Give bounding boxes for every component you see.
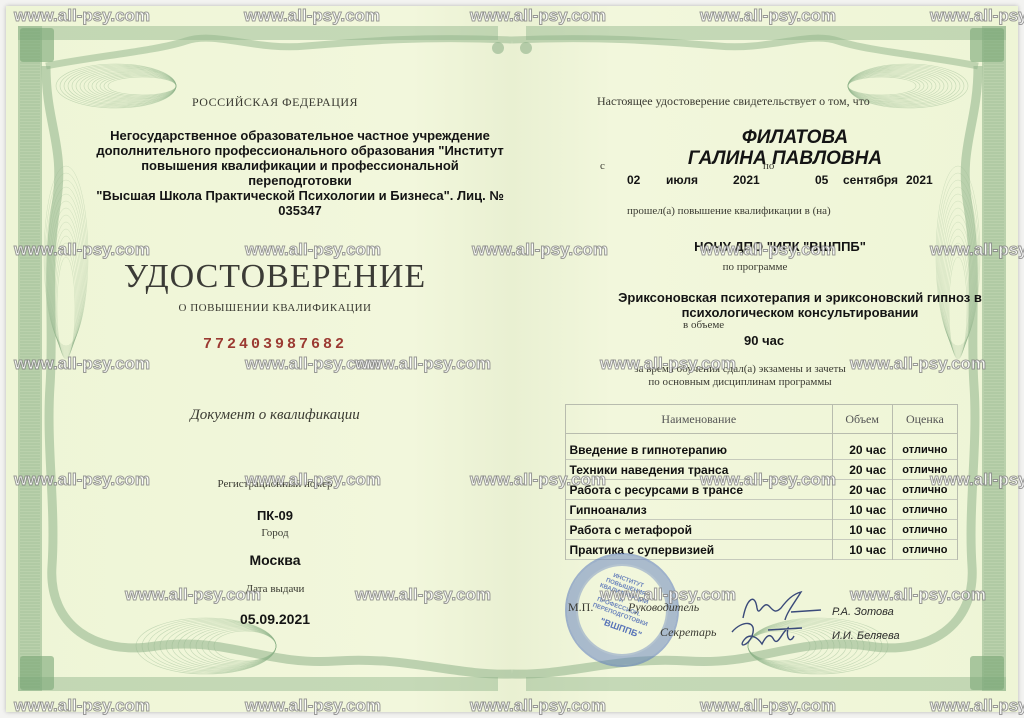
exams-text: за время обучения сдал(а) экзамены и зач… <box>600 363 880 389</box>
exams-line: за время обучения сдал(а) экзамены и зач… <box>600 363 880 376</box>
subject-name: Введение в гипнотерапию <box>566 440 833 460</box>
city-label: Город <box>220 527 330 539</box>
secretary-signature <box>728 618 818 652</box>
recipient-given-names: ГАЛИНА ПАВЛОВНА <box>640 148 930 170</box>
recipient-surname: ФИЛАТОВА <box>660 127 930 149</box>
secretary-label: Секретарь <box>660 625 716 640</box>
program-line: психологическом консультировании <box>580 305 1020 320</box>
program-title: Эриксоновская психотерапия и эриксоновск… <box>580 290 1020 320</box>
secretary-name: И.И. Беляева <box>832 630 900 642</box>
from-label: с <box>600 160 605 172</box>
head-label: Руководитель <box>628 600 699 615</box>
table-row: Работа с ресурсами в трансе20 часотлично <box>566 480 958 500</box>
table-column-divider <box>565 404 566 560</box>
header-grade: Оценка <box>892 405 957 434</box>
issue-date-label: Дата выдачи <box>210 583 340 595</box>
subject-hours: 10 час <box>832 540 892 560</box>
exams-line: по основным дисциплинам программы <box>600 376 880 389</box>
table-column-divider <box>892 404 893 560</box>
volume-label: в объеме <box>683 319 724 331</box>
subjects-table: Наименование Объем Оценка Введение в гип… <box>565 404 958 560</box>
head-name: Р.А. Зотова <box>832 606 894 618</box>
subject-grade: отлично <box>892 480 957 500</box>
table-column-divider <box>957 404 958 560</box>
subject-grade: отлично <box>892 460 957 480</box>
table-row: Техники наведения транса20 часотлично <box>566 460 958 480</box>
institution-block: Негосударственное образовательное частно… <box>95 128 505 218</box>
subject-hours: 10 час <box>832 520 892 540</box>
city-value: Москва <box>200 552 350 568</box>
program-label: по программе <box>690 261 820 273</box>
registration-number: ПК-09 <box>200 508 350 523</box>
header-hours: Объем <box>832 405 892 434</box>
to-label: по <box>763 160 774 172</box>
serial-number: 772403987682 <box>170 336 380 353</box>
to-year: 2021 <box>906 173 933 187</box>
stamp-label: М.П. <box>568 600 593 615</box>
subject-grade: отлично <box>892 520 957 540</box>
institution-line: Негосударственное образовательное частно… <box>95 128 505 143</box>
subject-grade: отлично <box>892 440 957 460</box>
subject-name: Техники наведения транса <box>566 460 833 480</box>
table-row: Работа с метафорой10 часотлично <box>566 520 958 540</box>
subject-name: Работа с ресурсами в трансе <box>566 480 833 500</box>
from-day: 02 <box>627 173 640 187</box>
intro-text: Настоящее удостоверение свидетельствует … <box>597 94 917 109</box>
document-title: УДОСТОВЕРЕНИЕ <box>120 258 430 296</box>
table-row: Введение в гипнотерапию20 часотлично <box>566 440 958 460</box>
program-line: Эриксоновская психотерапия и эриксоновск… <box>580 290 1020 305</box>
to-month: сентября <box>843 173 898 187</box>
institution-line: дополнительного профессионального образо… <box>95 143 505 158</box>
subject-hours: 20 час <box>832 480 892 500</box>
subject-hours: 20 час <box>832 460 892 480</box>
issue-date: 05.09.2021 <box>200 611 350 627</box>
subject-hours: 10 час <box>832 500 892 520</box>
subject-name: Работа с метафорой <box>566 520 833 540</box>
table-row: Гипноанализ10 часотлично <box>566 500 958 520</box>
from-month: июля <box>666 173 698 187</box>
to-day: 05 <box>815 173 828 187</box>
volume-value: 90 час <box>744 333 784 348</box>
table-column-divider <box>832 404 833 560</box>
subject-grade: отлично <box>892 500 957 520</box>
from-year: 2021 <box>733 173 760 187</box>
completed-text: прошел(а) повышение квалификации в (на) <box>627 205 831 217</box>
subject-hours: 20 час <box>832 440 892 460</box>
subject-grade: отлично <box>892 540 957 560</box>
document-type: Документ о квалификации <box>150 407 400 424</box>
organization: НОЧУ ДПО "ИПК "ВШППБ" <box>660 239 900 254</box>
registration-label: Регистрационный номер <box>190 478 360 490</box>
document-subtitle: О ПОВЫШЕНИИ КВАЛИФИКАЦИИ <box>140 302 410 314</box>
institution-line: 035347 <box>95 203 505 218</box>
header-name: Наименование <box>566 405 833 434</box>
institution-line: повышения квалификации и профессионально… <box>95 158 505 188</box>
institution-line: "Высшая Школа Практической Психологии и … <box>95 188 505 203</box>
country-label: РОССИЙСКАЯ ФЕДЕРАЦИЯ <box>150 95 400 110</box>
subject-name: Гипноанализ <box>566 500 833 520</box>
left-page <box>6 6 512 712</box>
